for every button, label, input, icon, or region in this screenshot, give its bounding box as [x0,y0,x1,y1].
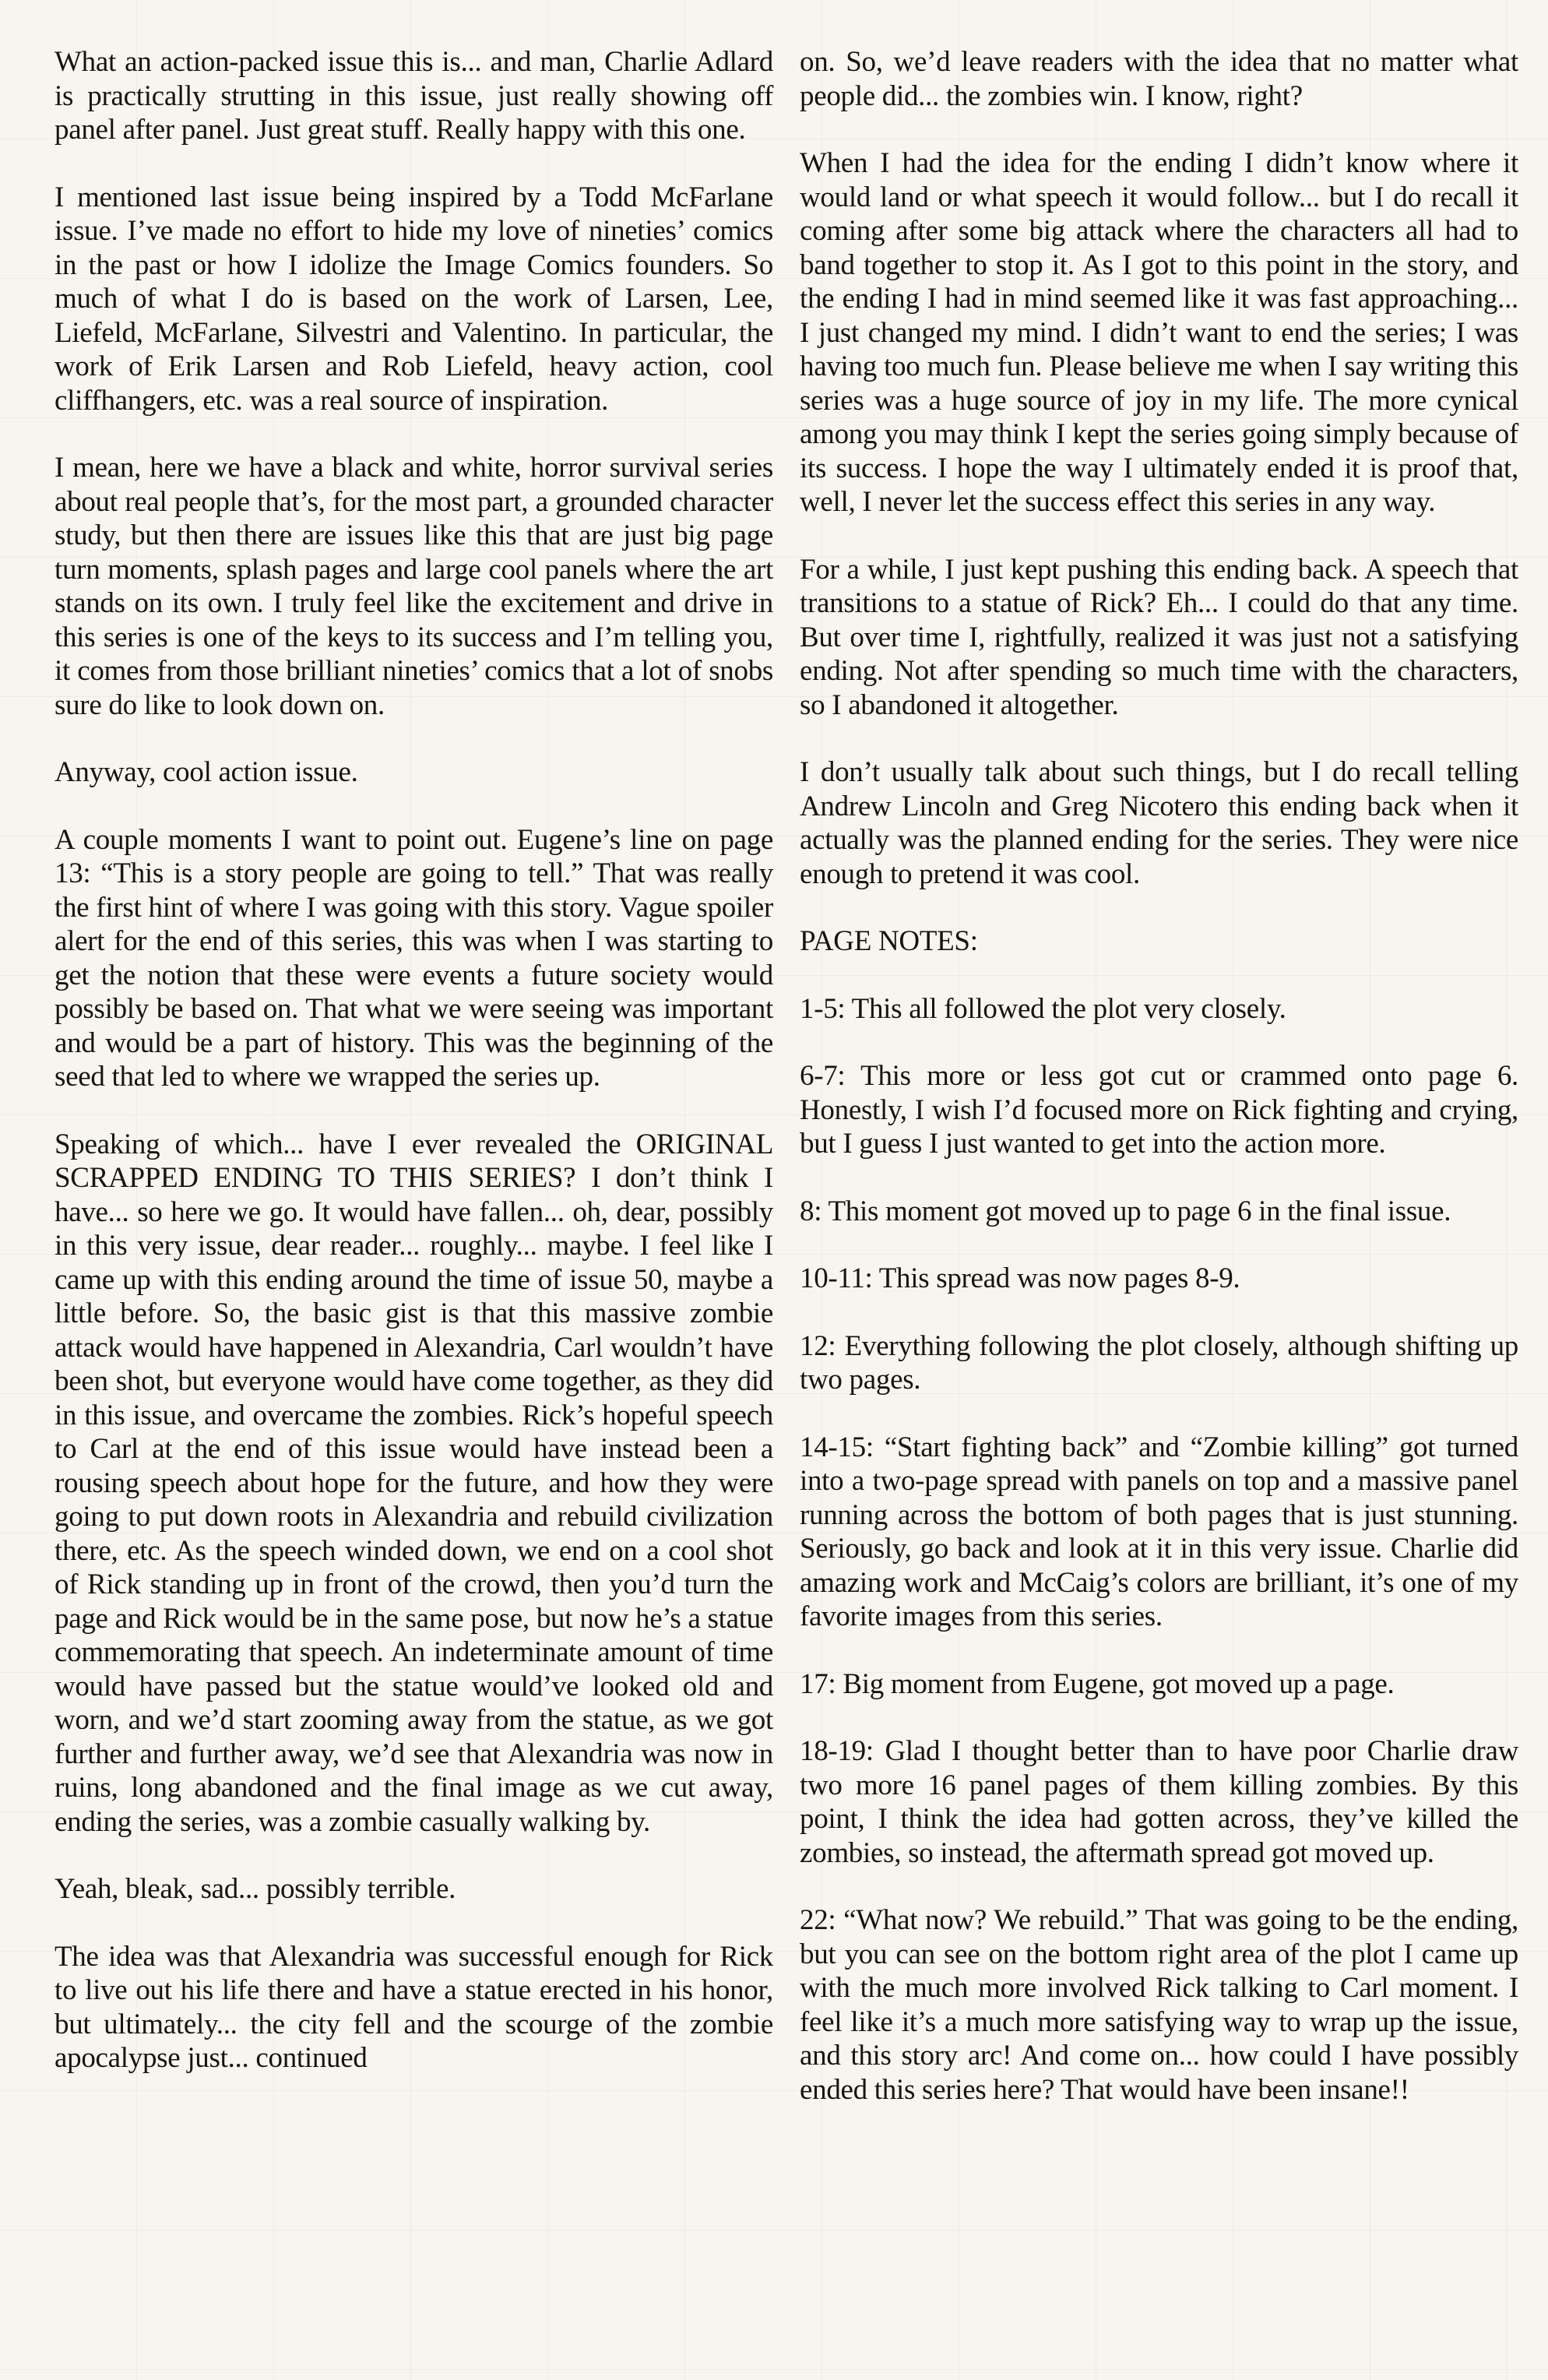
paragraph: I mentioned last issue being inspired by… [55,181,773,418]
paragraph: Speaking of which... have I ever reveale… [55,1128,773,1840]
paragraph: 18-19: Glad I thought better than to hav… [800,1734,1518,1870]
paragraph: Yeah, bleak, sad... possibly terrible. [55,1872,773,1906]
section-heading: PAGE NOTES: [800,924,1518,959]
paragraph: 22: “What now? We rebuild.” That was goi… [800,1903,1518,2107]
paragraph: For a while, I just kept pushing this en… [800,553,1518,723]
letters-page: What an action-packed issue this is... a… [0,0,1548,2380]
paragraph: 14-15: “Start fighting back” and “Zombie… [800,1431,1518,1634]
paragraph: on. So, we’d leave readers with the idea… [800,45,1518,113]
text-column-left: What an action-packed issue this is... a… [55,45,773,2349]
paragraph: Anyway, cool action issue. [55,755,773,790]
text-column-right: on. So, we’d leave readers with the idea… [800,45,1518,2349]
paragraph: 1-5: This all followed the plot very clo… [800,992,1518,1026]
paragraph: 17: Big moment from Eugene, got moved up… [800,1667,1518,1702]
paragraph: 12: Everything following the plot closel… [800,1329,1518,1397]
paragraph: 8: This moment got moved up to page 6 in… [800,1195,1518,1229]
paragraph: 6-7: This more or less got cut or cramme… [800,1059,1518,1161]
paragraph: I mean, here we have a black and white, … [55,451,773,722]
paragraph: A couple moments I want to point out. Eu… [55,823,773,1094]
paragraph: The idea was that Alexandria was success… [55,1940,773,2075]
paragraph: What an action-packed issue this is... a… [55,45,773,147]
paragraph: I don’t usually talk about such things, … [800,755,1518,891]
paragraph: 10-11: This spread was now pages 8-9. [800,1262,1518,1296]
paragraph: When I had the idea for the ending I did… [800,146,1518,519]
